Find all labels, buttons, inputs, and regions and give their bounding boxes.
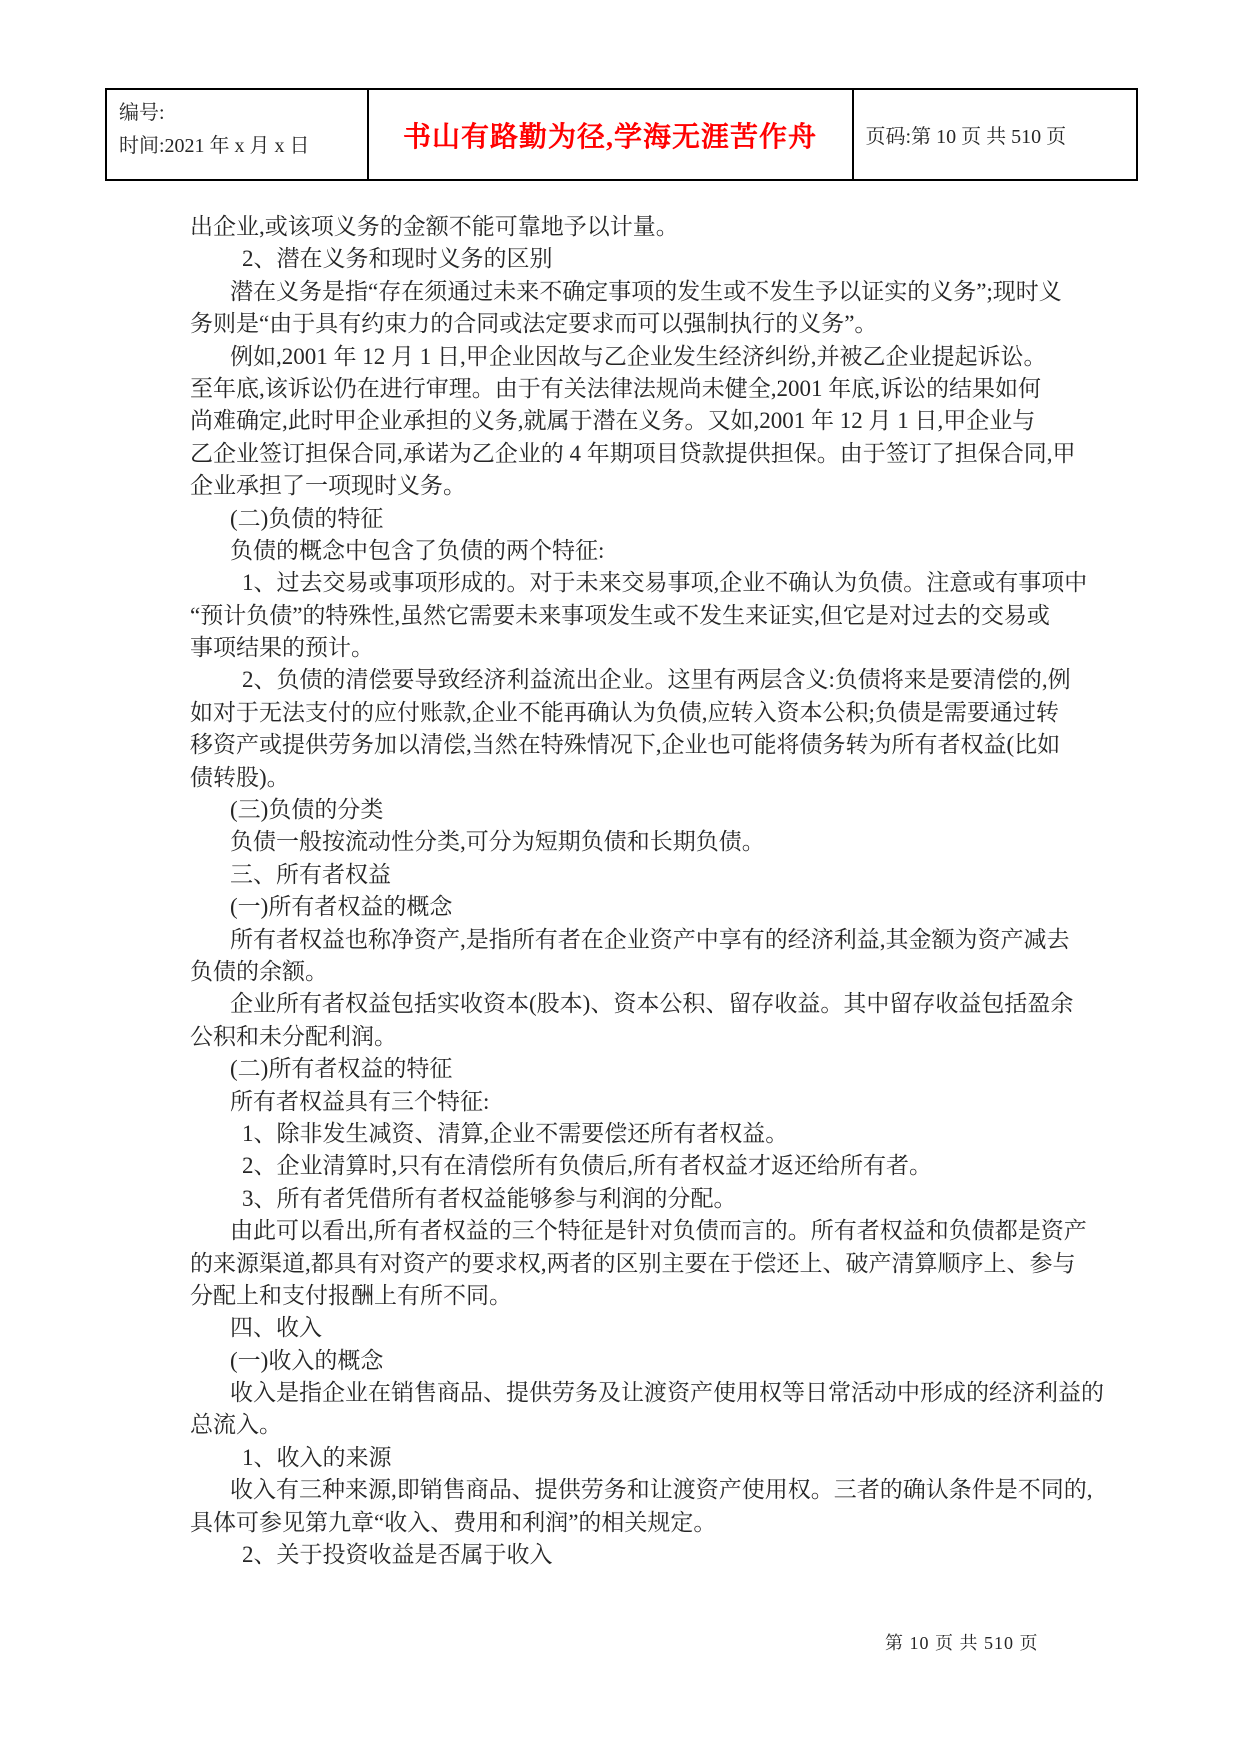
text-line: (一)收入的概念 — [190, 1345, 1170, 1377]
text-line: 如对于无法支付的应付账款,企业不能再确认为负债,应转入资本公积;负债是需要通过转 — [190, 697, 1170, 729]
footer-page-info: 第 10 页 共 510 页 — [885, 1633, 1039, 1653]
text-line: 务则是“由于具有约束力的合同或法定要求而可以强制执行的义务”。 — [190, 308, 1170, 340]
text-line: (三)负债的分类 — [190, 794, 1170, 826]
text-line: (二)负债的特征 — [190, 503, 1170, 535]
document-date-label: 时间:2021 年 x 月 x 日 — [119, 130, 367, 163]
text-line: 1、除非发生减资、清算,企业不需要偿还所有者权益。 — [190, 1118, 1170, 1150]
document-page: 编号: 时间:2021 年 x 月 x 日 书山有路勤为径,学海无涯苦作舟 页码… — [0, 0, 1241, 1754]
text-line: (一)所有者权益的概念 — [190, 891, 1170, 923]
text-line: 2、潜在义务和现时义务的区别 — [190, 243, 1170, 275]
text-line: 潜在义务是指“存在须通过未来不确定事项的发生或不发生予以证实的义务”;现时义 — [190, 276, 1170, 308]
text-line: 负债的余额。 — [190, 956, 1170, 988]
text-line: 企业所有者权益包括实收资本(股本)、资本公积、留存收益。其中留存收益包括盈余 — [190, 988, 1170, 1020]
text-line: 事项结果的预计。 — [190, 632, 1170, 664]
page-number-label: 页码:第 10 页 共 510 页 — [866, 120, 1067, 149]
text-line: 2、负债的清偿要导致经济利益流出企业。这里有两层含义:负债将来是要清偿的,例 — [190, 664, 1170, 696]
text-line: 移资产或提供劳务加以清偿,当然在特殊情况下,企业也可能将债务转为所有者权益(比如 — [190, 729, 1170, 761]
text-line: 三、所有者权益 — [190, 859, 1170, 891]
text-line: 至年底,该诉讼仍在进行审理。由于有关法律法规尚未健全,2001 年底,诉讼的结果… — [190, 373, 1170, 405]
page-footer: 第 10 页 共 510 页 — [885, 1629, 1039, 1655]
text-line: 2、关于投资收益是否属于收入 — [190, 1539, 1170, 1571]
document-body-text: 出企业,或该项义务的金额不能可靠地予以计量。2、潜在义务和现时义务的区别潜在义务… — [190, 211, 1170, 1571]
text-line: 负债的概念中包含了负债的两个特征: — [190, 535, 1170, 567]
text-line: 例如,2001 年 12 月 1 日,甲企业因故与乙企业发生经济纠纷,并被乙企业… — [190, 341, 1170, 373]
text-line: 公积和未分配利润。 — [190, 1021, 1170, 1053]
text-line: 尚难确定,此时甲企业承担的义务,就属于潜在义务。又如,2001 年 12 月 1… — [190, 405, 1170, 437]
text-line: 四、收入 — [190, 1312, 1170, 1344]
text-line: 3、所有者凭借所有者权益能够参与利润的分配。 — [190, 1183, 1170, 1215]
text-line: 收入有三种来源,即销售商品、提供劳务和让渡资产使用权。三者的确认条件是不同的, — [190, 1474, 1170, 1506]
text-line: “预计负债”的特殊性,虽然它需要未来事项发生或不发生来证实,但它是对过去的交易或 — [190, 600, 1170, 632]
text-line: 债转股)。 — [190, 762, 1170, 794]
header-cell-meta: 编号: 时间:2021 年 x 月 x 日 — [107, 90, 369, 179]
text-line: 1、过去交易或事项形成的。对于未来交易事项,企业不确认为负债。注意或有事项中 — [190, 567, 1170, 599]
text-line: (二)所有者权益的特征 — [190, 1053, 1170, 1085]
text-line: 乙企业签订担保合同,承诺为乙企业的 4 年期项目贷款提供担保。由于签订了担保合同… — [190, 438, 1170, 470]
text-line: 总流入。 — [190, 1409, 1170, 1441]
text-line: 收入是指企业在销售商品、提供劳务及让渡资产使用权等日常活动中形成的经济利益的 — [190, 1377, 1170, 1409]
text-line: 企业承担了一项现时义务。 — [190, 470, 1170, 502]
header-cell-page-number: 页码:第 10 页 共 510 页 — [854, 90, 1136, 179]
header-cell-slogan: 书山有路勤为径,学海无涯苦作舟 — [369, 90, 854, 179]
text-line: 的来源渠道,都具有对资产的要求权,两者的区别主要在于偿还上、破产清算顺序上、参与 — [190, 1248, 1170, 1280]
text-line: 1、收入的来源 — [190, 1442, 1170, 1474]
page-header-table: 编号: 时间:2021 年 x 月 x 日 书山有路勤为径,学海无涯苦作舟 页码… — [105, 88, 1138, 181]
text-line: 分配上和支付报酬上有所不同。 — [190, 1280, 1170, 1312]
text-line: 由此可以看出,所有者权益的三个特征是针对负债而言的。所有者权益和负债都是资产 — [190, 1215, 1170, 1247]
text-line: 出企业,或该项义务的金额不能可靠地予以计量。 — [190, 211, 1170, 243]
document-number-label: 编号: — [119, 97, 367, 130]
text-line: 所有者权益也称净资产,是指所有者在企业资产中享有的经济利益,其金额为资产减去 — [190, 924, 1170, 956]
text-line: 2、企业清算时,只有在清偿所有负债后,所有者权益才返还给所有者。 — [190, 1150, 1170, 1182]
slogan-text: 书山有路勤为径,学海无涯苦作舟 — [403, 115, 817, 155]
text-line: 所有者权益具有三个特征: — [190, 1086, 1170, 1118]
text-line: 负债一般按流动性分类,可分为短期负债和长期负债。 — [190, 826, 1170, 858]
text-line: 具体可参见第九章“收入、费用和利润”的相关规定。 — [190, 1507, 1170, 1539]
